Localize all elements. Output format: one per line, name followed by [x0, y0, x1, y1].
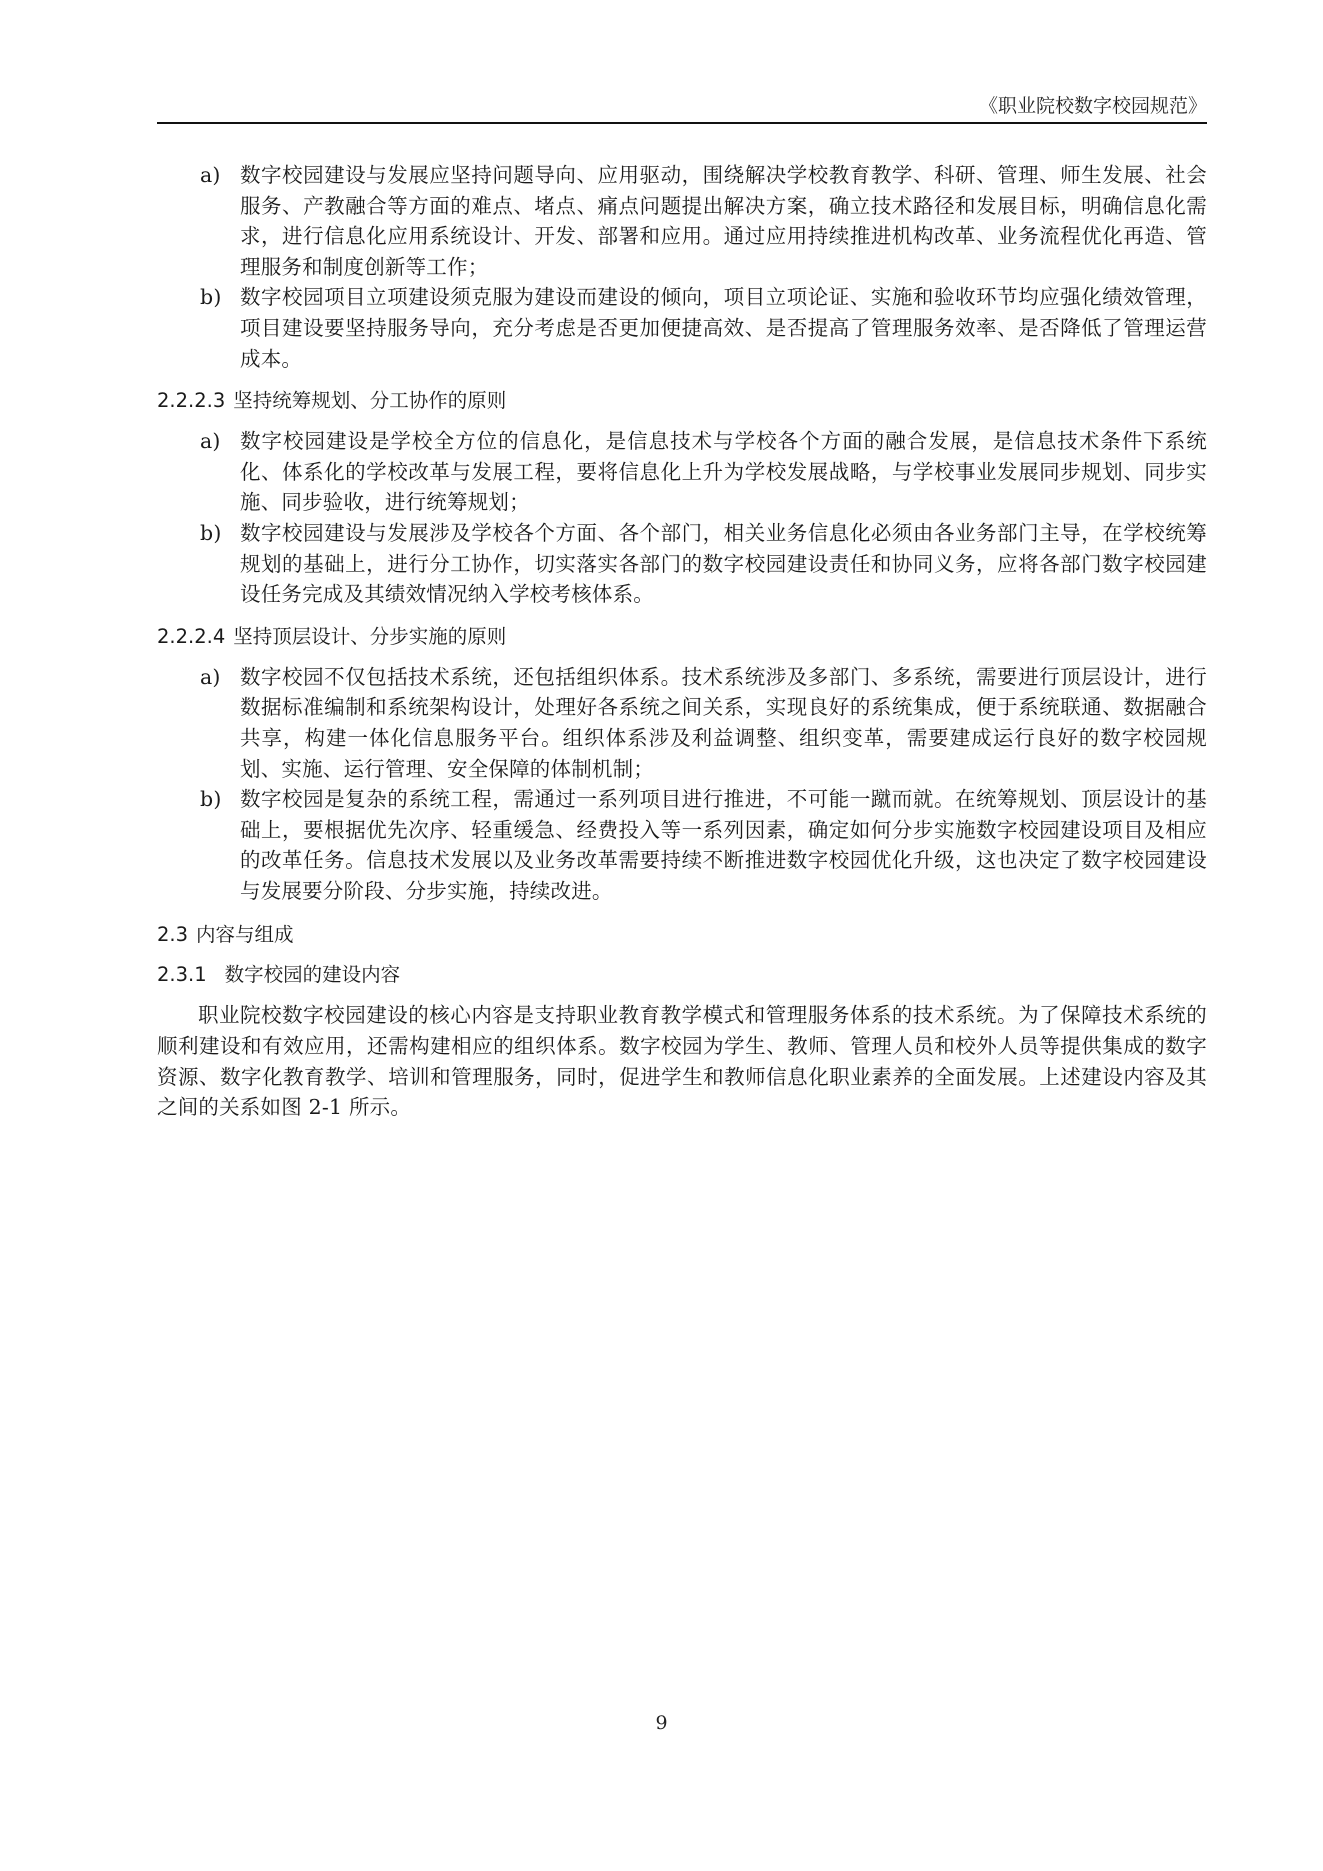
list-item: a) 数字校园建设是学校全方位的信息化，是信息技术与学校各个方面的融合发展，是信… — [157, 426, 1207, 518]
list-item-text: 数字校园建设与发展涉及学校各个方面、各个部门，相关业务信息化必须由各业务部门主导… — [240, 521, 1207, 606]
running-title: 《职业院校数字校园规范》 — [979, 95, 1207, 117]
list-item: b) 数字校园建设与发展涉及学校各个方面、各个部门，相关业务信息化必须由各业务部… — [157, 518, 1207, 610]
section-title: 数字校园的建设内容 — [225, 963, 401, 986]
list-marker: a) — [200, 662, 221, 693]
section-title: 坚持统筹规划、分工协作的原则 — [233, 389, 506, 412]
page-number: 9 — [0, 1712, 1323, 1734]
list-item-text: 数字校园不仅包括技术系统，还包括组织体系。技术系统涉及多部门、多系统，需要进行顶… — [240, 665, 1207, 781]
running-header: 《职业院校数字校园规范》 — [157, 92, 1207, 124]
list-marker: b) — [200, 784, 222, 815]
section-number: 2.3.1 — [157, 963, 207, 986]
list-item-text: 数字校园建设与发展应坚持问题导向、应用驱动，围绕解决学校教育教学、科研、管理、师… — [240, 163, 1207, 279]
list-item: a) 数字校园不仅包括技术系统，还包括组织体系。技术系统涉及多部门、多系统，需要… — [157, 662, 1207, 784]
list-marker: b) — [200, 518, 222, 549]
list-marker: a) — [200, 426, 221, 457]
list-marker: b) — [200, 282, 222, 313]
section-heading-2-2-2-4: 2.2.2.4坚持顶层设计、分步实施的原则 — [157, 622, 1207, 652]
list-item: a) 数字校园建设与发展应坚持问题导向、应用驱动，围绕解决学校教育教学、科研、管… — [157, 160, 1207, 282]
page-content: a) 数字校园建设与发展应坚持问题导向、应用驱动，围绕解决学校教育教学、科研、管… — [157, 160, 1207, 1123]
section-heading-2-3: 2.3内容与组成 — [157, 920, 1207, 950]
section-title: 内容与组成 — [196, 923, 294, 946]
list-item: b) 数字校园是复杂的系统工程，需通过一系列项目进行推进，不可能一蹴而就。在统筹… — [157, 784, 1207, 906]
list-item-text: 数字校园是复杂的系统工程，需通过一系列项目进行推进，不可能一蹴而就。在统筹规划、… — [240, 787, 1207, 903]
body-paragraph: 职业院校数字校园建设的核心内容是支持职业教育教学模式和管理服务体系的技术系统。为… — [157, 1000, 1207, 1122]
section-number: 2.2.2.4 — [157, 625, 225, 648]
section-heading-2-2-2-3: 2.2.2.3坚持统筹规划、分工协作的原则 — [157, 386, 1207, 416]
section-number: 2.2.2.3 — [157, 389, 225, 412]
list-item-text: 数字校园项目立项建设须克服为建设而建设的倾向，项目立项论证、实施和验收环节均应强… — [240, 285, 1207, 370]
list-item: b) 数字校园项目立项建设须克服为建设而建设的倾向，项目立项论证、实施和验收环节… — [157, 282, 1207, 374]
list-marker: a) — [200, 160, 221, 191]
section-title: 坚持顶层设计、分步实施的原则 — [233, 625, 506, 648]
list-item-text: 数字校园建设是学校全方位的信息化，是信息技术与学校各个方面的融合发展，是信息技术… — [240, 429, 1207, 514]
section-number: 2.3 — [157, 923, 188, 946]
section-heading-2-3-1: 2.3.1数字校园的建设内容 — [157, 960, 1207, 990]
